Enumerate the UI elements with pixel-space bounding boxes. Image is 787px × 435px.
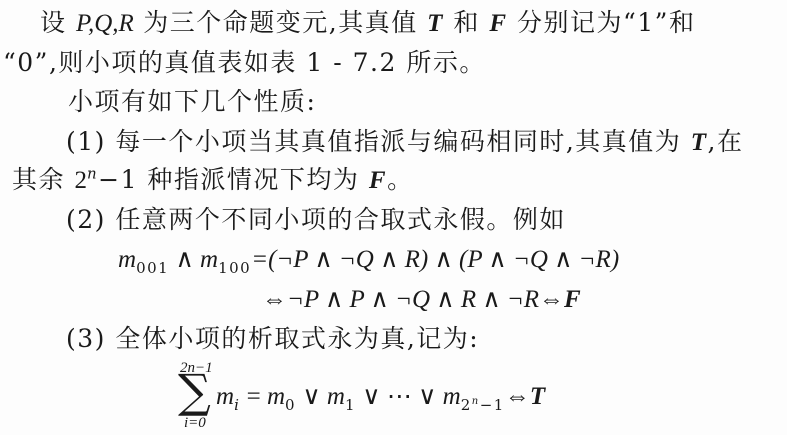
- item-3-formula: mi = m0 ∨ m1 ∨ ⋯ ∨ m2n−1⇔T: [216, 381, 547, 412]
- equals-sign: =: [240, 383, 267, 410]
- formula-text: ⇔¬P ∧ P ∧ ¬Q ∧ R ∧ ¬R⇔: [262, 286, 564, 313]
- item-2-formula-1: m001 ∧ m100=(¬P ∧ ¬Q ∧ R) ∧ (P ∧ ¬Q ∧ ¬R…: [118, 244, 619, 275]
- last-index: 2n−1: [461, 396, 505, 414]
- last-index-tail: −1: [480, 396, 505, 414]
- text-mid: −1 种指派情况下均为: [98, 165, 369, 194]
- sum-lower-limit: i=0: [184, 415, 206, 432]
- item-1-suffix: ,在: [708, 127, 744, 156]
- document-page: 设 P,Q,R 为三个命题变元,其真值 T 和 F 分别记为“1”和 “0”,则…: [0, 0, 787, 435]
- minterm-symbol: m: [216, 383, 234, 410]
- iff-operator: ⇔: [505, 383, 530, 410]
- sigma-icon: ∑: [178, 366, 211, 416]
- variables-pqr: P,Q,R: [76, 10, 134, 37]
- item-2-formula-2: ⇔¬P ∧ P ∧ ¬Q ∧ R ∧ ¬R⇔F: [262, 284, 582, 315]
- and-operator: ∧: [169, 246, 200, 273]
- item-1-text: (1) 每一个小项当其真值指派与编码相同时,其真值为: [66, 127, 691, 156]
- text-suffix: 分别记为“1”和: [508, 8, 696, 37]
- or-operator: ∨: [418, 383, 443, 410]
- text-mid2: 和: [444, 8, 489, 37]
- minterm-symbol: m: [118, 246, 136, 273]
- or-operator: ∨: [296, 383, 327, 410]
- false-symbol: F: [564, 286, 582, 313]
- text-mid: 为三个命题变元,其真值: [134, 8, 427, 37]
- false-symbol: F: [489, 10, 507, 37]
- item-3-line-1: (3) 全体小项的析取式永为真,记为:: [66, 324, 479, 354]
- last-index-exp: n: [472, 396, 480, 407]
- or-operator: ∨: [356, 383, 387, 410]
- true-symbol: T: [691, 129, 708, 156]
- minterm-subscript: 001: [136, 259, 169, 277]
- index-1: 1: [345, 396, 356, 414]
- item-1-line-1: (1) 每一个小项当其真值指派与编码相同时,其真值为 T,在: [66, 127, 744, 158]
- item-1-line-2: 其余 2n−1 种指派情况下均为 F。: [12, 165, 414, 196]
- ellipsis: ⋯: [387, 383, 418, 410]
- minterm-subscript: 100: [218, 259, 251, 277]
- minterm-symbol: m: [327, 383, 345, 410]
- last-index-base: 2: [461, 396, 472, 414]
- formula-rhs: =(¬P ∧ ¬Q ∧ R) ∧ (P ∧ ¬Q ∧ ¬R): [251, 246, 619, 273]
- text-prefix: 其余: [12, 165, 74, 194]
- true-symbol: T: [427, 10, 444, 37]
- minterm-symbol: m: [267, 383, 285, 410]
- text-suffix: 。: [387, 165, 414, 194]
- text-prefix: 设: [40, 8, 76, 37]
- paragraph-1-line-1: 设 P,Q,R 为三个命题变元,其真值 T 和 F 分别记为“1”和: [40, 8, 695, 39]
- paragraph-1-line-2: “0”,则小项的真值表如表 1 - 7.2 所示。: [3, 48, 486, 78]
- power-base: 2: [74, 167, 87, 194]
- item-2-line-1: (2) 任意两个不同小项的合取式永假。例如: [66, 205, 566, 235]
- index-0: 0: [285, 396, 296, 414]
- paragraph-2: 小项有如下几个性质:: [68, 87, 316, 117]
- minterm-symbol: m: [200, 246, 218, 273]
- false-symbol: F: [369, 167, 387, 194]
- true-symbol: T: [530, 383, 547, 410]
- power-exponent: n: [87, 165, 98, 183]
- minterm-symbol: m: [443, 383, 461, 410]
